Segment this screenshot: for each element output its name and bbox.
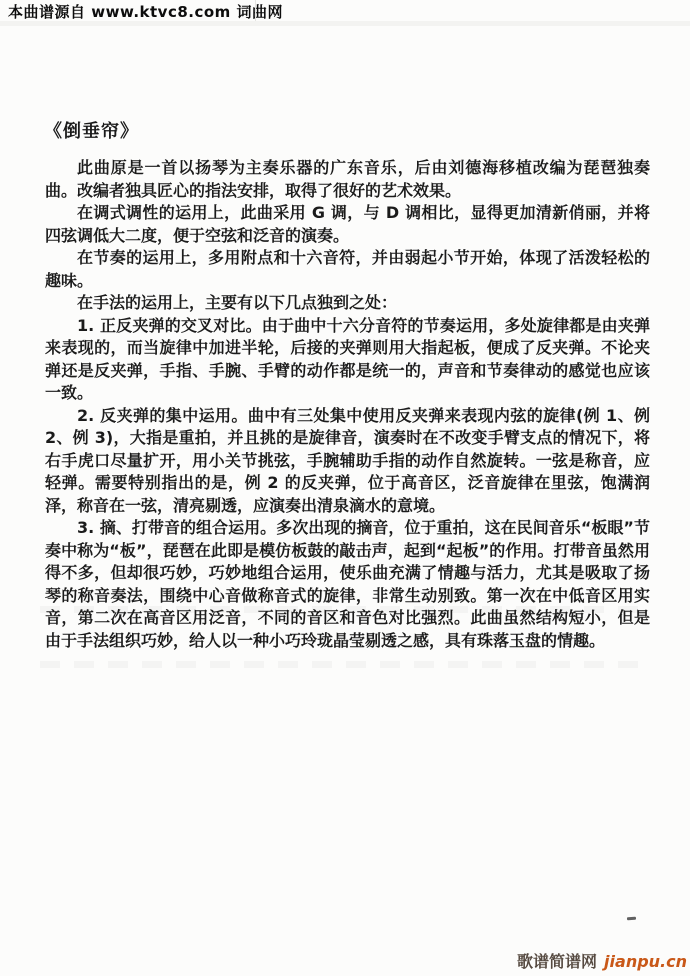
scanned-document-page: 本曲谱源自 www.ktvc8.com 词曲网 《倒垂帘》 此曲原是一首以扬琴为… — [0, 0, 690, 976]
paragraph: 在节奏的运用上，多用附点和十六音符，并由弱起小节开始，体现了活泼轻松的趣味。 — [45, 247, 650, 292]
site-name: 歌谱简谱网 — [517, 952, 597, 971]
scan-band-artifact — [0, 21, 690, 26]
site-url: jianpu.cn — [604, 952, 687, 971]
paragraph: 1. 正反夹弹的交叉对比。由于曲中十六分音符的节奏运用，多处旋律都是由夹弹来表现… — [45, 315, 650, 405]
paragraph: 2. 反夹弹的集中运用。曲中有三处集中使用反夹弹来表现内弦的旋律(例 1、例 2… — [45, 405, 650, 518]
paragraph: 此曲原是一首以扬琴为主奏乐器的广东音乐，后由刘德海移植改编为琵琶独奏曲。改编者独… — [45, 157, 650, 202]
paragraph: 在手法的运用上，主要有以下几点独到之处： — [45, 292, 650, 315]
site-watermark: 歌谱简谱网jianpu.cn — [517, 949, 687, 972]
ink-smudge-artifact — [627, 917, 636, 921]
commentary-text: 此曲原是一首以扬琴为主奏乐器的广东音乐，后由刘德海移植改编为琵琶独奏曲。改编者独… — [45, 157, 650, 652]
bleed-through-artifact — [40, 661, 652, 668]
piece-title: 《倒垂帘》 — [44, 117, 139, 143]
paragraph: 3. 摘、打带音的组合运用。多次出现的摘音，位于重拍，这在民间音乐“板眼”节奏中… — [45, 517, 650, 652]
paragraph: 在调式调性的运用上，此曲采用 G 调，与 D 调相比，显得更加清新俏丽，并将四弦… — [45, 202, 650, 247]
source-watermark: 本曲谱源自 www.ktvc8.com 词曲网 — [8, 1, 283, 22]
bleed-through-artifact — [40, 606, 652, 613]
scan-line-artifact — [255, 0, 256, 21]
